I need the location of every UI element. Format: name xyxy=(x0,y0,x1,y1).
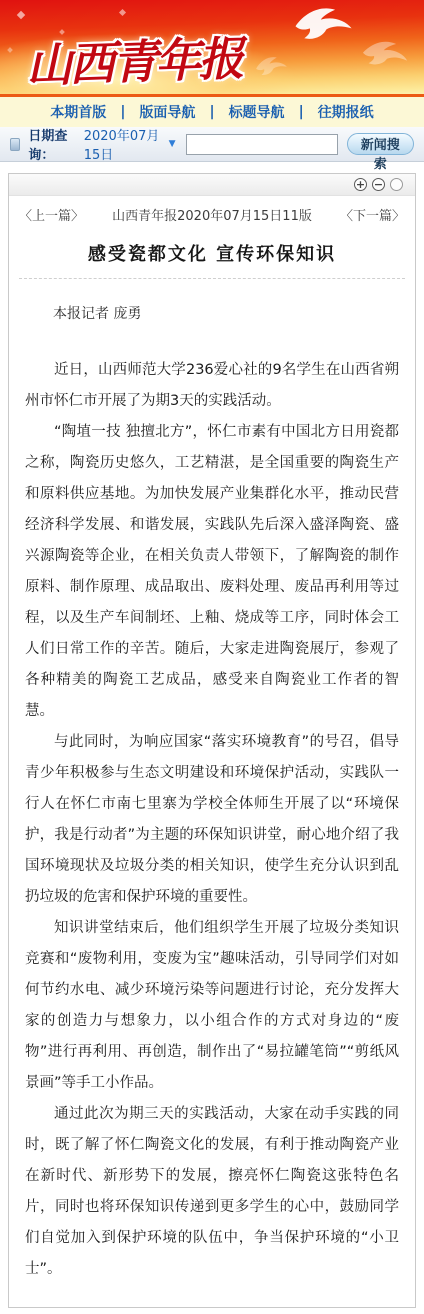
newspaper-logo: 山西青年报 xyxy=(25,22,242,94)
dove-icon xyxy=(252,52,291,80)
article-paragraph: 通过此次为期三天的实践活动，大家在动手实践的同时，既了解了怀仁陶瓷文化的发展，有… xyxy=(25,1099,399,1285)
article-title: 感受瓷都文化 宣传环保知识 xyxy=(25,240,399,266)
article-paragraph: 与此同时，为响应国家“落实环境教育”的号召，倡导青少年积极参与生态文明建设和环境… xyxy=(25,727,399,913)
masthead-banner: 山西青年报 xyxy=(0,0,424,94)
article-container: + − 〈上一篇〉 山西青年报2020年07月15日11版 〈下一篇〉 感受瓷都… xyxy=(8,173,416,1308)
nav-item-current-front-page[interactable]: 本期首版 xyxy=(50,102,106,122)
search-input[interactable] xyxy=(186,134,338,155)
nav-separator: | xyxy=(209,104,214,120)
sparkle-decoration xyxy=(17,11,25,19)
article-paragraph: 近日，山西师范大学236爱心社的9名学生在山西省朔州市怀仁市开展了为期3天的实践… xyxy=(25,355,399,417)
primary-nav: 本期首版 | 版面导航 | 标题导航 | 往期报纸 xyxy=(0,94,424,127)
date-query-label: 日期查询： xyxy=(28,125,77,163)
article-byline: 本报记者 庞勇 xyxy=(25,303,399,323)
prev-article-link[interactable]: 〈上一篇〉 xyxy=(19,205,84,224)
nav-item-past-issues[interactable]: 往期报纸 xyxy=(318,102,374,122)
nav-item-title-navigation[interactable]: 标题导航 xyxy=(229,102,285,122)
nav-separator: | xyxy=(299,104,304,120)
calendar-icon xyxy=(10,138,20,151)
font-shrink-icon[interactable]: − xyxy=(372,178,385,191)
sparkle-decoration xyxy=(119,9,126,16)
next-article-link[interactable]: 〈下一篇〉 xyxy=(340,205,405,224)
article-paragraph: “陶埴一技 独擅北方”，怀仁市素有中国北方日用瓷都之称，陶瓷历史悠久，工艺精湛，… xyxy=(25,417,399,727)
issue-info: 山西青年报2020年07月15日11版 xyxy=(112,205,312,224)
font-default-icon[interactable] xyxy=(390,178,403,191)
sparkle-decoration xyxy=(7,47,13,53)
dove-icon xyxy=(356,33,413,75)
font-enlarge-icon[interactable]: + xyxy=(354,178,367,191)
title-divider xyxy=(19,278,405,279)
date-select[interactable]: 2020年07月15日 xyxy=(84,125,164,163)
dove-icon xyxy=(290,2,356,46)
article-toolbar: + − xyxy=(9,174,415,196)
dropdown-arrow-icon[interactable]: ▼ xyxy=(169,139,176,149)
date-query-bar: 日期查询： 2020年07月15日 ▼ 新闻搜索 xyxy=(0,127,424,162)
article-body: 近日，山西师范大学236爱心社的9名学生在山西省朔州市怀仁市开展了为期3天的实践… xyxy=(9,355,415,1307)
article-nav: 〈上一篇〉 山西青年报2020年07月15日11版 〈下一篇〉 xyxy=(9,196,415,226)
nav-item-page-navigation[interactable]: 版面导航 xyxy=(139,102,195,122)
nav-separator: | xyxy=(120,104,125,120)
article-paragraph: 知识讲堂结束后，他们组织学生开展了垃圾分类知识竞赛和“废物利用，变废为宝”趣味活… xyxy=(25,913,399,1099)
news-search-button[interactable]: 新闻搜索 xyxy=(347,133,415,155)
